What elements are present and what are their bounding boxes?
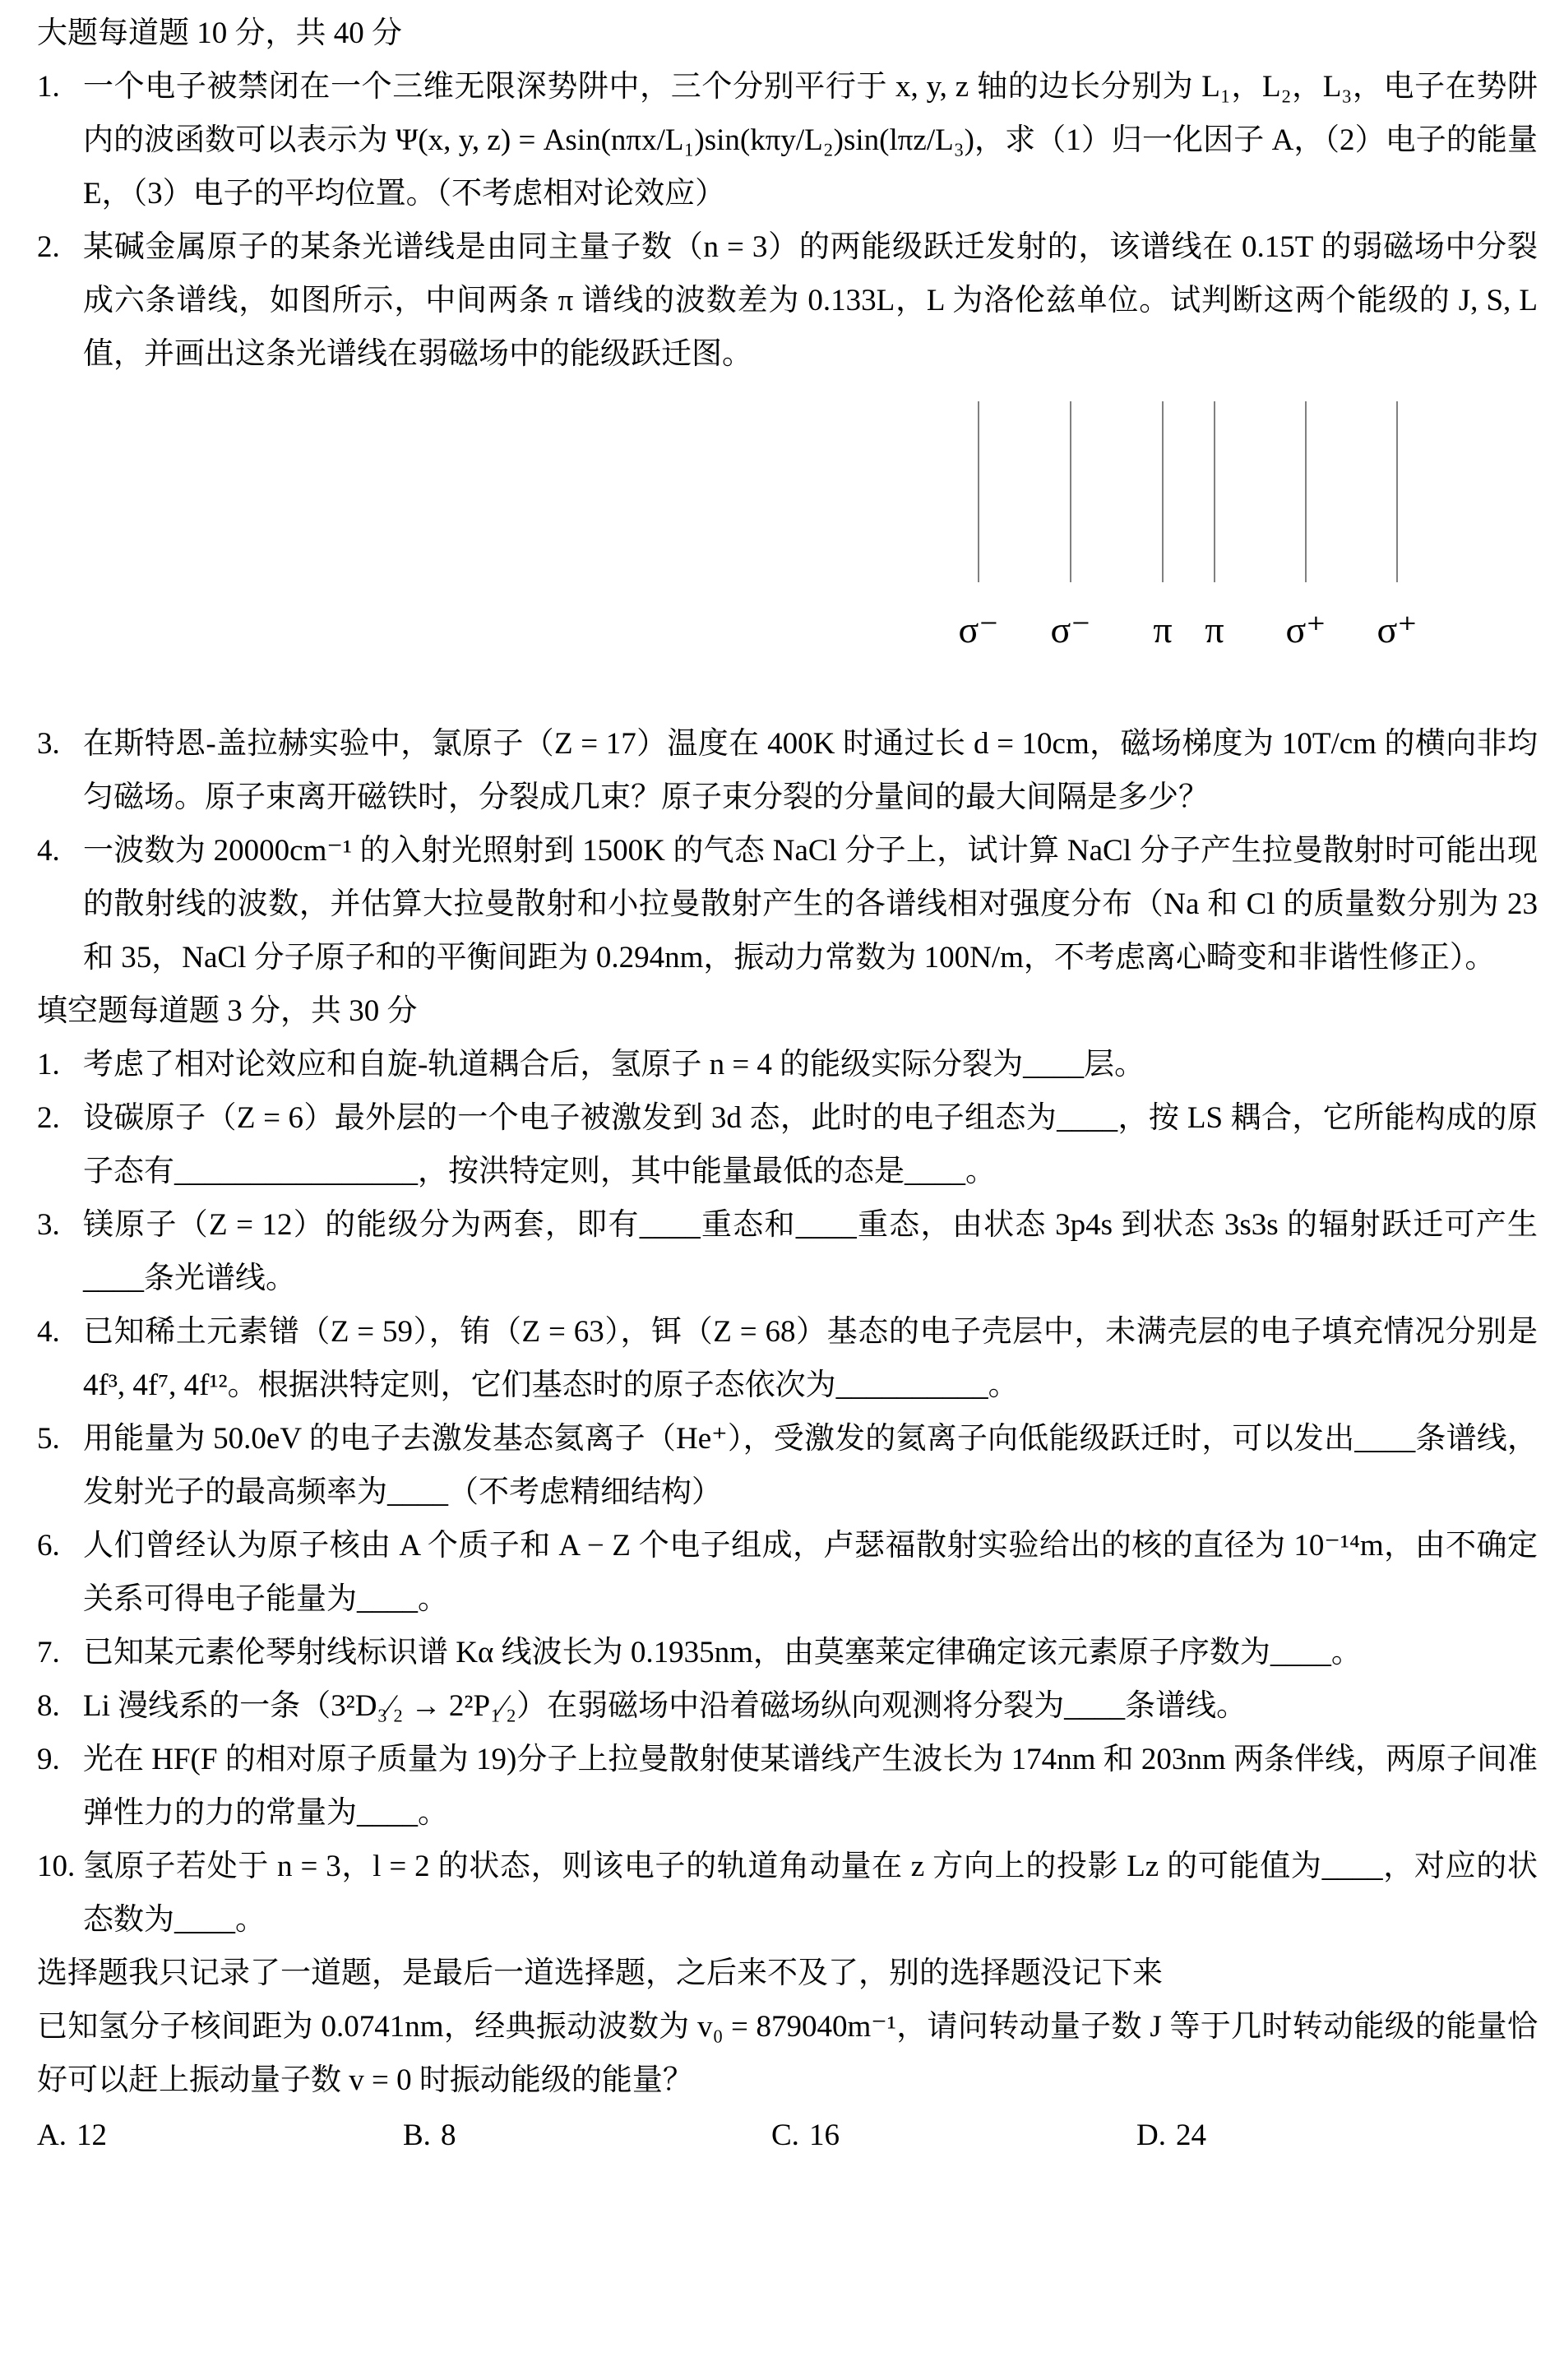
option-d: D.24 <box>1136 2109 1206 2162</box>
question-text: 考虑了相对论效应和自旋-轨道耦合后，氢原子 n = 4 的能级实际分裂为____… <box>83 1038 1538 1091</box>
question-number: 5. <box>37 1412 83 1519</box>
fill-question-2: 2. 设碳原子（Z = 6）最外层的一个电子被激发到 3d 态，此时的电子组态为… <box>37 1091 1538 1198</box>
option-d-value: 24 <box>1176 2118 1206 2152</box>
question-text: 用能量为 50.0eV 的电子去激发基态氦离子（He⁺），受激发的氦离子向低能级… <box>83 1412 1538 1519</box>
option-c: C.16 <box>771 2109 840 2162</box>
question-number: 8. <box>37 1679 83 1733</box>
spectral-line-1 <box>978 401 979 582</box>
fill-section-header: 填空题每道题 3 分，共 30 分 <box>37 984 1538 1038</box>
spectral-line-3 <box>1162 401 1164 582</box>
big-question-3: 3. 在斯特恩-盖拉赫实验中，氯原子（Z = 17）温度在 400K 时通过长 … <box>37 717 1538 824</box>
option-c-label: C. <box>771 2118 799 2152</box>
option-a-value: 12 <box>76 2118 107 2152</box>
fill-question-7: 7. 已知某元素伦琴射线标识谱 Kα 线波长为 0.1935nm，由莫塞莱定律确… <box>37 1626 1538 1679</box>
spectral-line-5 <box>1305 401 1307 582</box>
sigma-plus-label-2: σ⁺ <box>1360 609 1434 651</box>
sigma-plus-label-1: σ⁺ <box>1269 609 1343 651</box>
exam-page: { "page": { "background": "#ffffff", "te… <box>0 0 1564 2380</box>
big-question-4: 4. 一波数为 20000cm⁻¹ 的入射光照射到 1500K 的气态 NaCl… <box>37 824 1538 984</box>
question-text: 设碳原子（Z = 6）最外层的一个电子被激发到 3d 态，此时的电子组态为___… <box>83 1091 1538 1198</box>
fill-question-5: 5. 用能量为 50.0eV 的电子去激发基态氦离子（He⁺），受激发的氦离子向… <box>37 1412 1538 1519</box>
option-a-label: A. <box>37 2118 67 2152</box>
question-text: Li 漫线系的一条（3²D₃⁄₂ → 2²P₁⁄₂）在弱磁场中沿着磁场纵向观测将… <box>83 1679 1538 1733</box>
question-number: 6. <box>37 1519 83 1626</box>
option-b-label: B. <box>403 2118 431 2152</box>
choice-section-note: 选择题我只记录了一道题，是最后一道选择题，之后来不及了，别的选择题没记下来 <box>37 1947 1538 2000</box>
big-question-2: 2. 某碱金属原子的某条光谱线是由同主量子数（n = 3）的两能级跃迁发射的，该… <box>37 220 1538 381</box>
question-number: 1. <box>37 1038 83 1091</box>
option-c-value: 16 <box>809 2118 840 2152</box>
choice-question-text: 已知氢分子核间距为 0.0741nm，经典振动波数为 v₀ = 879040m⁻… <box>37 2000 1538 2107</box>
spectral-line-4 <box>1214 401 1215 582</box>
pi-label-2: π <box>1178 609 1252 651</box>
question-text: 已知稀土元素镨（Z = 59），铕（Z = 63），铒（Z = 68）基态的电子… <box>83 1305 1538 1412</box>
option-d-label: D. <box>1136 2118 1166 2152</box>
question-number: 10. <box>37 1840 83 1947</box>
question-number: 9. <box>37 1733 83 1840</box>
spectral-line-6 <box>1396 401 1398 582</box>
question-number: 4. <box>37 824 83 984</box>
zeeman-splitting-figure: σ⁻ σ⁻ π π σ⁺ σ⁺ <box>937 401 1464 666</box>
question-text: 镁原子（Z = 12）的能级分为两套，即有____重态和____重态，由状态 3… <box>83 1198 1538 1305</box>
question-text: 已知某元素伦琴射线标识谱 Kα 线波长为 0.1935nm，由莫塞莱定律确定该元… <box>83 1626 1538 1679</box>
question-number: 7. <box>37 1626 83 1679</box>
sigma-minus-label-2: σ⁻ <box>1034 609 1108 651</box>
question-number: 2. <box>37 220 83 381</box>
question-text: 某碱金属原子的某条光谱线是由同主量子数（n = 3）的两能级跃迁发射的，该谱线在… <box>83 220 1538 381</box>
fill-question-6: 6. 人们曾经认为原子核由 A 个质子和 A − Z 个电子组成，卢瑟福散射实验… <box>37 1519 1538 1626</box>
question-text: 一波数为 20000cm⁻¹ 的入射光照射到 1500K 的气态 NaCl 分子… <box>83 824 1538 984</box>
option-b: B.8 <box>403 2109 456 2162</box>
question-number: 2. <box>37 1091 83 1198</box>
question-text: 在斯特恩-盖拉赫实验中，氯原子（Z = 17）温度在 400K 时通过长 d =… <box>83 717 1538 824</box>
question-number: 3. <box>37 717 83 824</box>
fill-question-10: 10. 氢原子若处于 n = 3，l = 2 的状态，则该电子的轨道角动量在 z… <box>37 1840 1538 1947</box>
question-text: 一个电子被禁闭在一个三维无限深势阱中，三个分别平行于 x, y, z 轴的边长分… <box>83 60 1538 220</box>
option-b-value: 8 <box>441 2118 456 2152</box>
sigma-minus-label-1: σ⁻ <box>942 609 1016 651</box>
option-a: A.12 <box>37 2109 107 2162</box>
question-text: 氢原子若处于 n = 3，l = 2 的状态，则该电子的轨道角动量在 z 方向上… <box>83 1840 1538 1947</box>
big-question-1: 1. 一个电子被禁闭在一个三维无限深势阱中，三个分别平行于 x, y, z 轴的… <box>37 60 1538 220</box>
fill-question-4: 4. 已知稀土元素镨（Z = 59），铕（Z = 63），铒（Z = 68）基态… <box>37 1305 1538 1412</box>
question-number: 1. <box>37 60 83 220</box>
big-section-header: 大题每道题 10 分，共 40 分 <box>37 7 1538 60</box>
choice-options-row: A.12 B.8 C.16 D.24 <box>37 2109 1538 2162</box>
fill-question-8: 8. Li 漫线系的一条（3²D₃⁄₂ → 2²P₁⁄₂）在弱磁场中沿着磁场纵向… <box>37 1679 1538 1733</box>
question-text: 光在 HF(F 的相对原子质量为 19)分子上拉曼散射使某谱线产生波长为 174… <box>83 1733 1538 1840</box>
fill-question-9: 9. 光在 HF(F 的相对原子质量为 19)分子上拉曼散射使某谱线产生波长为 … <box>37 1733 1538 1840</box>
fill-question-3: 3. 镁原子（Z = 12）的能级分为两套，即有____重态和____重态，由状… <box>37 1198 1538 1305</box>
question-text: 人们曾经认为原子核由 A 个质子和 A − Z 个电子组成，卢瑟福散射实验给出的… <box>83 1519 1538 1626</box>
fill-question-1: 1. 考虑了相对论效应和自旋-轨道耦合后，氢原子 n = 4 的能级实际分裂为_… <box>37 1038 1538 1091</box>
question-number: 3. <box>37 1198 83 1305</box>
question-number: 4. <box>37 1305 83 1412</box>
spectral-line-2 <box>1070 401 1071 582</box>
